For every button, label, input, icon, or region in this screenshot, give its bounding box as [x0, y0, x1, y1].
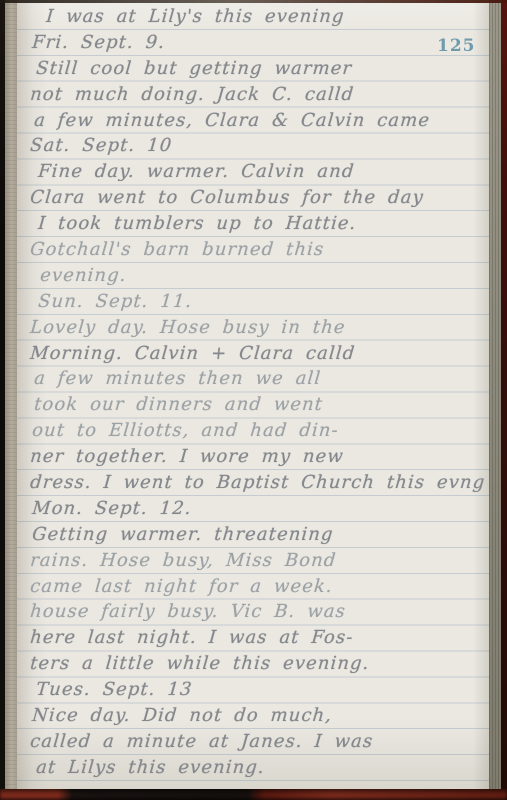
diary-line: Getting warmer. threatening: [29, 522, 489, 548]
top-edge-shadow: [0, 0, 507, 3]
diary-line: Mon. Sept. 12.: [29, 496, 489, 522]
diary-page: 125 I was at Lily's this eveningFri. Sep…: [17, 0, 489, 789]
diary-line: I was at Lily's this evening: [29, 4, 489, 30]
diary-line: a few minutes then we all: [29, 366, 489, 392]
diary-line: house fairly busy. Vic B. was: [29, 599, 489, 625]
diary-line: Sat. Sept. 10: [29, 133, 489, 159]
diary-line: I took tumblers up to Hattie.: [29, 211, 489, 237]
diary-line: dress. I went to Baptist Church this evn…: [29, 470, 489, 496]
page-edge-stack-left: [5, 0, 17, 790]
diary-line: evening.: [29, 263, 489, 289]
diary-line: Gotchall's barn burned this: [29, 237, 489, 263]
page-edge-stack-right: [489, 0, 501, 792]
diary-line: ner together. I wore my new: [29, 444, 489, 470]
diary-line: at Lilys this evening.: [29, 755, 489, 781]
diary-line: ters a little while this evening.: [29, 651, 489, 677]
diary-line: Clara went to Columbus for the day: [29, 185, 489, 211]
diary-scan: 125 I was at Lily's this eveningFri. Sep…: [0, 0, 507, 800]
diary-line: Nice day. Did not do much,: [29, 703, 489, 729]
book-cover-right: [501, 0, 507, 800]
diary-line: out to Elliotts, and had din-: [29, 418, 489, 444]
diary-line: came last night for a week.: [29, 574, 489, 600]
diary-line: a few minutes, Clara & Calvin came: [29, 108, 489, 134]
book-cover-bottom: [0, 789, 507, 800]
diary-line: Fine day. warmer. Calvin and: [29, 159, 489, 185]
diary-line: Lovely day. Hose busy in the: [29, 315, 489, 341]
diary-line: Still cool but getting warmer: [29, 56, 489, 82]
diary-line: called a minute at Janes. I was: [29, 729, 489, 755]
diary-line: here last night. I was at Fos-: [29, 625, 489, 651]
diary-line: not much doing. Jack C. calld: [29, 82, 489, 108]
diary-line: Tues. Sept. 13: [29, 677, 489, 703]
handwriting-lines: I was at Lily's this eveningFri. Sept. 9…: [29, 4, 487, 781]
diary-line: Morning. Calvin + Clara calld: [29, 341, 489, 367]
diary-line: Sun. Sept. 11.: [29, 289, 489, 315]
diary-line: Fri. Sept. 9.: [29, 30, 489, 56]
diary-line: rains. Hose busy, Miss Bond: [29, 548, 489, 574]
diary-line: took our dinners and went: [29, 392, 489, 418]
